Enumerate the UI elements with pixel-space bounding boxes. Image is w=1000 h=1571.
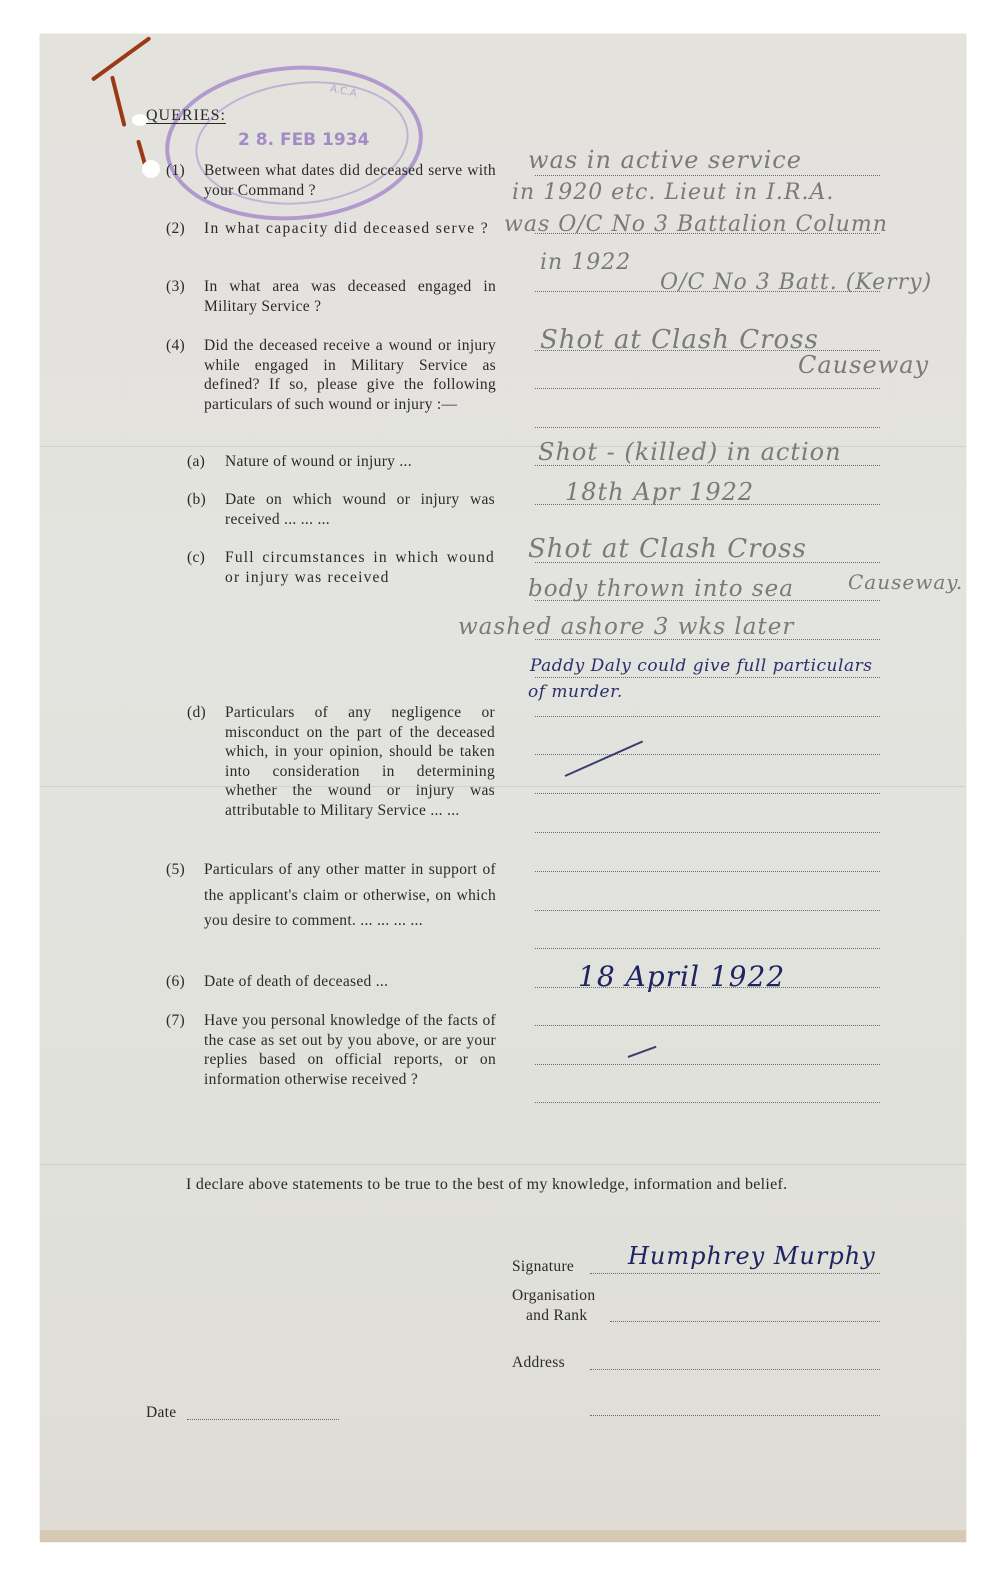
answer-line-q7[interactable] bbox=[535, 1102, 880, 1103]
address-field-line2[interactable] bbox=[590, 1415, 880, 1416]
question-number: (6) bbox=[166, 972, 185, 992]
answer-q6: 18 April 1922 bbox=[578, 960, 785, 993]
answer-qc-ink-line2: of murder. bbox=[528, 682, 623, 702]
question-number: (c) bbox=[187, 548, 205, 568]
signature-label: Signature bbox=[512, 1257, 574, 1277]
question-text: Date of death of deceased ... bbox=[204, 972, 496, 992]
fold-line bbox=[40, 1164, 966, 1165]
stamp-date: 2 8. FEB 1934 bbox=[238, 130, 369, 150]
answer-q4-line1: Shot at Clash Cross bbox=[540, 325, 819, 355]
answer-line-qd[interactable] bbox=[535, 754, 880, 755]
question-text: In what capacity did deceased serve ? bbox=[204, 219, 496, 239]
answer-qa: Shot - (killed) in action bbox=[538, 438, 842, 466]
question-text: Date on which wound or injury was receiv… bbox=[225, 490, 495, 529]
answer-qc-causeway: Causeway. bbox=[848, 570, 963, 594]
signature-value: Humphrey Murphy bbox=[628, 1242, 876, 1270]
answer-line-q4[interactable] bbox=[535, 427, 880, 428]
question-number: (7) bbox=[166, 1011, 185, 1031]
answer-qc-line2: body thrown into sea bbox=[528, 576, 794, 602]
answer-line-q5[interactable] bbox=[535, 910, 880, 911]
signature-field[interactable] bbox=[590, 1273, 880, 1274]
answer-q1-line1: was in active service bbox=[528, 146, 802, 174]
organisation-label: Organisation bbox=[512, 1286, 595, 1306]
punch-hole-icon bbox=[142, 160, 160, 178]
answer-q3: O/C No 3 Batt. (Kerry) bbox=[660, 270, 932, 295]
address-label: Address bbox=[512, 1353, 565, 1373]
answer-line-q5[interactable] bbox=[535, 871, 880, 872]
rank-label: and Rank bbox=[526, 1306, 587, 1326]
fold-line bbox=[40, 786, 966, 787]
question-number: (1) bbox=[166, 161, 185, 181]
question-number: (5) bbox=[166, 857, 185, 883]
question-text: Full circumstances in which wound or inj… bbox=[225, 548, 495, 587]
question-number: (d) bbox=[187, 703, 206, 723]
answer-qc-ink-line1: Paddy Daly could give full particulars bbox=[530, 656, 872, 676]
queries-heading: QUERIES: bbox=[146, 106, 226, 126]
answer-line-qd[interactable] bbox=[535, 832, 880, 833]
answer-line-q7[interactable] bbox=[535, 1064, 880, 1065]
answer-q1-line2: in 1920 etc. Lieut in I.R.A. bbox=[512, 180, 834, 205]
declaration-text: I declare above statements to be true to… bbox=[146, 1174, 882, 1195]
question-text: Did the deceased receive a wound or inju… bbox=[204, 336, 496, 414]
answer-q2-line2: in 1922 bbox=[540, 250, 631, 275]
answer-line-q5[interactable] bbox=[535, 948, 880, 949]
answer-q4-line2: Causeway bbox=[798, 351, 929, 379]
question-number: (3) bbox=[166, 277, 185, 297]
question-text: Between what dates did deceased serve wi… bbox=[204, 161, 496, 200]
answer-qc-line1: Shot at Clash Cross bbox=[528, 534, 807, 564]
answer-line-qd[interactable] bbox=[535, 716, 880, 717]
answer-line-qd[interactable] bbox=[535, 793, 880, 794]
question-number: (a) bbox=[187, 452, 205, 472]
answer-q2-line1: was O/C No 3 Battalion Column bbox=[504, 212, 888, 237]
answer-line-qc[interactable] bbox=[535, 677, 880, 678]
answer-line-q4[interactable] bbox=[535, 388, 880, 389]
question-text: Particulars of any negligence or miscond… bbox=[225, 703, 495, 820]
date-label: Date bbox=[146, 1403, 176, 1423]
answer-qb: 18th Apr 1922 bbox=[565, 478, 754, 506]
question-number: (4) bbox=[166, 336, 185, 356]
question-text: Particulars of any other matter in suppo… bbox=[204, 857, 496, 934]
answer-qc-line3: washed ashore 3 wks later bbox=[458, 614, 794, 640]
answer-line-q7[interactable] bbox=[535, 1025, 880, 1026]
question-text: Have you personal knowledge of the facts… bbox=[204, 1011, 496, 1089]
answer-line-q1[interactable] bbox=[535, 175, 880, 176]
question-number: (b) bbox=[187, 490, 206, 510]
question-number: (2) bbox=[166, 219, 185, 239]
date-field[interactable] bbox=[187, 1419, 339, 1420]
organisation-rank-field[interactable] bbox=[610, 1321, 880, 1322]
document-page bbox=[40, 34, 966, 1542]
question-text: Nature of wound or injury ... bbox=[225, 452, 495, 472]
question-text: In what area was deceased engaged in Mil… bbox=[204, 277, 496, 316]
address-field[interactable] bbox=[590, 1369, 880, 1370]
